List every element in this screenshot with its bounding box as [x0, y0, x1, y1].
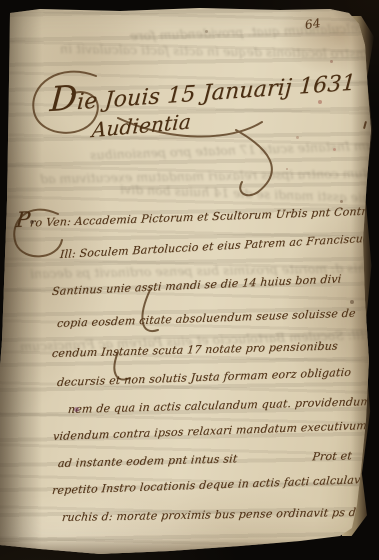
stain-spot [286, 168, 288, 170]
stain-spot [333, 148, 336, 151]
manuscript-page: nem de qua in actis calculandum quat. pr… [0, 0, 379, 560]
stain-spot [205, 30, 208, 33]
stain-spot [255, 95, 257, 97]
stain-spot [318, 100, 322, 104]
manuscript-line-right: Prot et [312, 449, 353, 463]
gutter-shadow [0, 0, 42, 560]
stain-spot [296, 136, 299, 139]
stain-spot [340, 200, 343, 203]
ink-blot [74, 407, 79, 412]
page-bottom-edge-shade [0, 538, 379, 560]
manuscript-scan: nem de qua in actis calculandum quat. pr… [0, 0, 379, 560]
